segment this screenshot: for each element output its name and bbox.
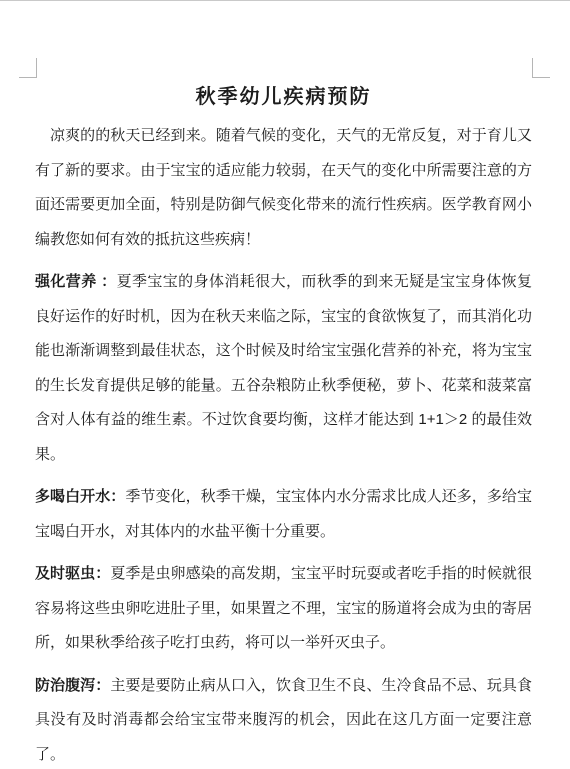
margin-crop-mark-top-left	[19, 58, 37, 78]
paragraph-drink-water: 多喝白开水：季节变化，秋季干燥，宝宝体内水分需求比成人还多，多给宝宝喝白开水，对…	[35, 480, 532, 549]
paragraph-text: 凉爽的的秋天已经到来。随着气候的变化，天气的无常反复，对于育儿又有了新的要求。由…	[35, 127, 532, 248]
document-text-area[interactable]: 秋季幼儿疾病预防 凉爽的的秋天已经到来。随着气候的变化，天气的无常反复，对于育儿…	[35, 85, 532, 769]
paragraph-label: 防治腹泻：	[35, 677, 110, 694]
paragraph-text: 夏季是虫卵感染的高发期，宝宝平时玩耍或者吃手指的时候就很容易将这些虫卵吃进肚子里…	[35, 565, 532, 651]
paragraph-text: 夏季宝宝的身体消耗很大，而秋季的到来无疑是宝宝身体恢复良好运作的好时机，因为在秋…	[35, 273, 532, 463]
paragraph-text: 主要是要防止病从口入，饮食卫生不良、生冷食品不忌、玩具食具没有及时消毒都会给宝宝…	[35, 677, 532, 763]
margin-crop-mark-top-right	[532, 58, 550, 78]
document-title: 秋季幼儿疾病预防	[35, 85, 532, 109]
paragraph-label: 及时驱虫：	[35, 565, 110, 582]
paragraph-prevent-diarrhea: 防治腹泻：主要是要防止病从口入，饮食卫生不良、生冷食品不忌、玩具食具没有及时消毒…	[35, 669, 532, 769]
document-page: 秋季幼儿疾病预防 凉爽的的秋天已经到来。随着气候的变化，天气的无常反复，对于育儿…	[0, 0, 570, 769]
paragraph-label: 多喝白开水：	[35, 488, 125, 505]
paragraph-intro: 凉爽的的秋天已经到来。随着气候的变化，天气的无常反复，对于育儿又有了新的要求。由…	[35, 119, 532, 257]
paragraph-deworm: 及时驱虫：夏季是虫卵感染的高发期，宝宝平时玩耍或者吃手指的时候就很容易将这些虫卵…	[35, 557, 532, 661]
paragraph-label: 强化营养 ：	[35, 273, 117, 290]
paragraph-strengthen-nutrition: 强化营养 ：夏季宝宝的身体消耗很大，而秋季的到来无疑是宝宝身体恢复良好运作的好时…	[35, 265, 532, 472]
